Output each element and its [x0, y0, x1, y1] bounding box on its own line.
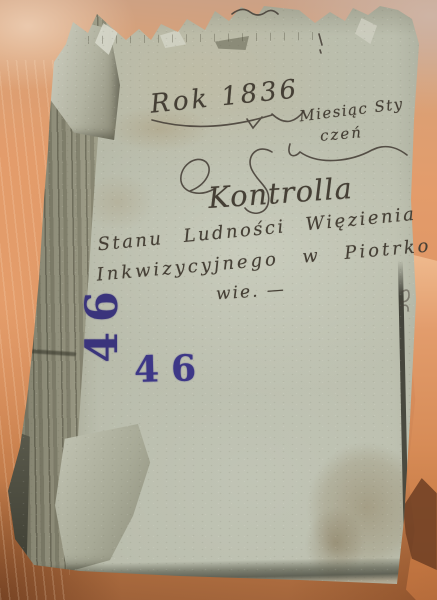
archive-number-stamp-horizontal: 46 [133, 347, 208, 391]
archive-number-stamp-vertical: 46 [77, 264, 129, 380]
month-note-line2-handwriting: czeń [319, 123, 363, 145]
archival-document-photo: Rok 1836 Miesiąc Sty czeń Kontrolla Stan… [0, 0, 437, 600]
